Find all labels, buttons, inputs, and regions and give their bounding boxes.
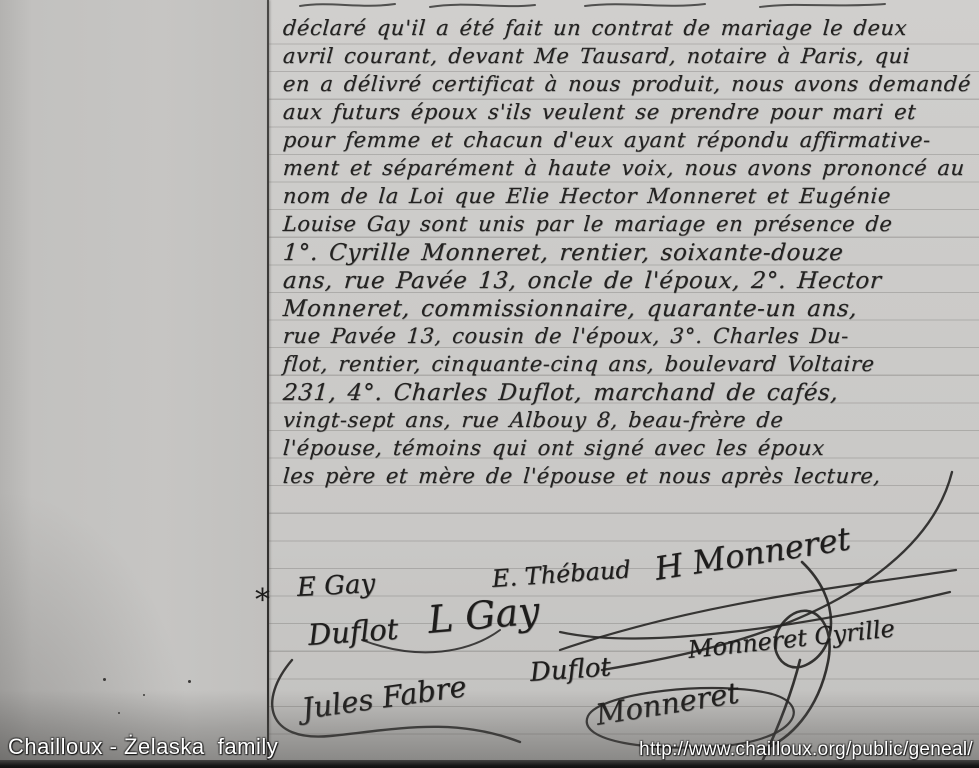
paper-speck bbox=[188, 680, 191, 683]
manuscript-line: Louise Gay sont unis par le mariage en p… bbox=[282, 212, 974, 236]
signature-duflot-2: Duflot bbox=[529, 652, 612, 688]
left-page-blank bbox=[0, 0, 269, 768]
manuscript-line: flot, rentier, cinquante-cinq ans, boule… bbox=[282, 352, 974, 376]
scan-bottom-edge bbox=[0, 760, 979, 768]
manuscript-line: déclaré qu'il a été fait un contrat de m… bbox=[282, 16, 974, 40]
signature-duflot-1: Duflot bbox=[307, 612, 400, 652]
manuscript-line: l'épouse, témoins qui ont signé avec les… bbox=[282, 436, 974, 460]
manuscript-line: en a délivré certificat à nous produit, … bbox=[282, 72, 974, 96]
manuscript-line: vingt-sept ans, rue Albouy 8, beau-frère… bbox=[282, 408, 974, 432]
manuscript-line: rue Pavée 13, cousin de l'époux, 3°. Cha… bbox=[282, 324, 974, 348]
signature-e-gay: E Gay bbox=[296, 569, 376, 603]
manuscript-line: 1°. Cyrille Monneret, rentier, soixante-… bbox=[282, 240, 974, 266]
manuscript-line: pour femme et chacun d'eux ayant répondu… bbox=[282, 128, 974, 152]
manuscript-line: Monneret, commissionnaire, quarante-un a… bbox=[282, 296, 974, 322]
manuscript-line: ment et séparément à haute voix, nous av… bbox=[282, 156, 974, 180]
paper-speck bbox=[103, 678, 106, 681]
manuscript-line: les père et mère de l'épouse et nous apr… bbox=[282, 464, 974, 488]
manuscript-line: avril courant, devant Me Tausard, notair… bbox=[282, 44, 974, 68]
margin-asterisk-mark: * bbox=[255, 583, 270, 618]
manuscript-line: aux futurs époux s'ils veulent se prendr… bbox=[282, 100, 974, 124]
manuscript-line: nom de la Loi que Elie Hector Monneret e… bbox=[282, 184, 974, 208]
watermark-url: http://www.chailloux.org/public/geneal/ bbox=[639, 739, 973, 761]
scanned-document-page: déclaré qu'il a été fait un contrat de m… bbox=[0, 0, 979, 768]
watermark-family-name: Chailloux - Żelaska family bbox=[8, 734, 278, 760]
manuscript-line: ans, rue Pavée 13, oncle de l'époux, 2°.… bbox=[282, 268, 974, 294]
page-fold-line bbox=[267, 0, 269, 768]
manuscript-line: 231, 4°. Charles Duflot, marchand de caf… bbox=[282, 380, 974, 406]
